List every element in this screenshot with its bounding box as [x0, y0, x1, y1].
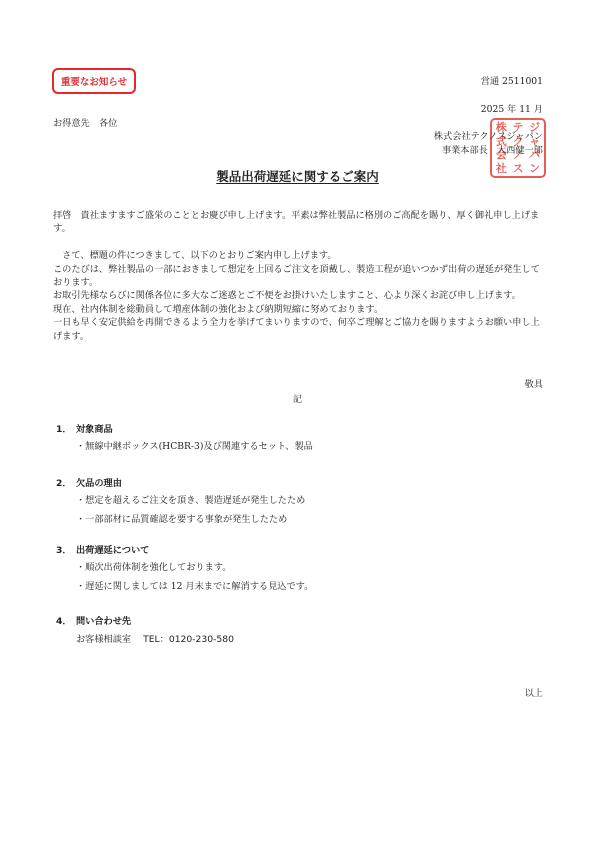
section-title: 対象商品 — [76, 424, 113, 435]
section-4-heading: 4．問い合わせ先 — [56, 613, 131, 627]
section-title: 欠品の理由 — [76, 478, 122, 489]
contact-info: お客様相談室TEL：0120-230-580 — [76, 631, 234, 645]
section-number: 1． — [56, 421, 76, 435]
contact-name: お客様相談室 — [76, 634, 131, 645]
body-paragraph: このたびは、弊社製品の一部におきまして想定を上回るご注文を頂戴し、製造工程が追い… — [53, 263, 545, 290]
body-paragraph: お取引先様ならびに関係各位に多大なご迷惑とご不便をお掛けいたしますこと、心より深… — [53, 289, 545, 302]
section-title: 出荷遅延について — [76, 545, 149, 556]
page-title: 製品出荷遅延に関するご案内 — [0, 167, 595, 185]
section-number: 2． — [56, 475, 76, 489]
important-notice-badge: 重要なお知らせ — [52, 68, 136, 94]
section-1-item: ・無線中継ボックス(HCBR-3)及び関連するセット、製品 — [76, 438, 313, 452]
document-number: 営通 2511001 — [481, 73, 543, 87]
section-2-item: ・想定を超えるご注文を頂き、製造遅延が発生したため — [76, 492, 305, 506]
recipient: お得意先 各位 — [53, 115, 117, 129]
letter-body: 拝啓 貴社ますますご盛栄のこととお慶び申し上げます。平素は弊社製品に格別のご高配… — [53, 209, 545, 343]
section-3-item: ・順次出荷体制を強化しております。 — [76, 559, 231, 573]
ki-heading: 記 — [0, 391, 595, 405]
section-1-heading: 1．対象商品 — [56, 421, 113, 435]
section-title: 問い合わせ先 — [76, 616, 131, 627]
end-mark: 以上 — [525, 685, 543, 699]
closing-keigu: 敬具 — [525, 376, 543, 390]
body-paragraph: さて、標題の件につきまして、以下のとおりご案内申し上げます。 — [53, 249, 545, 262]
section-3-heading: 3．出荷遅延について — [56, 542, 149, 556]
greeting-paragraph: 拝啓 貴社ますますご盛栄のこととお慶び申し上げます。平素は弊社製品に格別のご高配… — [53, 209, 545, 236]
contact-phone: TEL：0120-230-580 — [143, 634, 234, 645]
body-paragraph: 一日も早く安定供給を再開できるよう全力を挙げてまいりますので、何卒ご理解とご協力… — [53, 316, 545, 343]
document-date: 2025 年 11 月 — [481, 101, 543, 115]
section-2-item: ・一部部材に品質確認を要する事象が発生したため — [76, 511, 287, 525]
title-text: 製品出荷遅延に関するご案内 — [216, 169, 379, 184]
section-number: 4． — [56, 613, 76, 627]
company-name: 株式会社テクノスジャパン — [434, 128, 543, 142]
body-paragraph: 現在、社内体制を総動員して増産体制の強化および納期短縮に努めております。 — [53, 303, 545, 316]
section-number: 3． — [56, 542, 76, 556]
section-2-heading: 2．欠品の理由 — [56, 475, 122, 489]
section-3-item: ・遅延に関しましては 12 月末までに解消する見込です。 — [76, 578, 313, 592]
sender-name: 事業本部長 大西健一郎 — [442, 142, 543, 156]
